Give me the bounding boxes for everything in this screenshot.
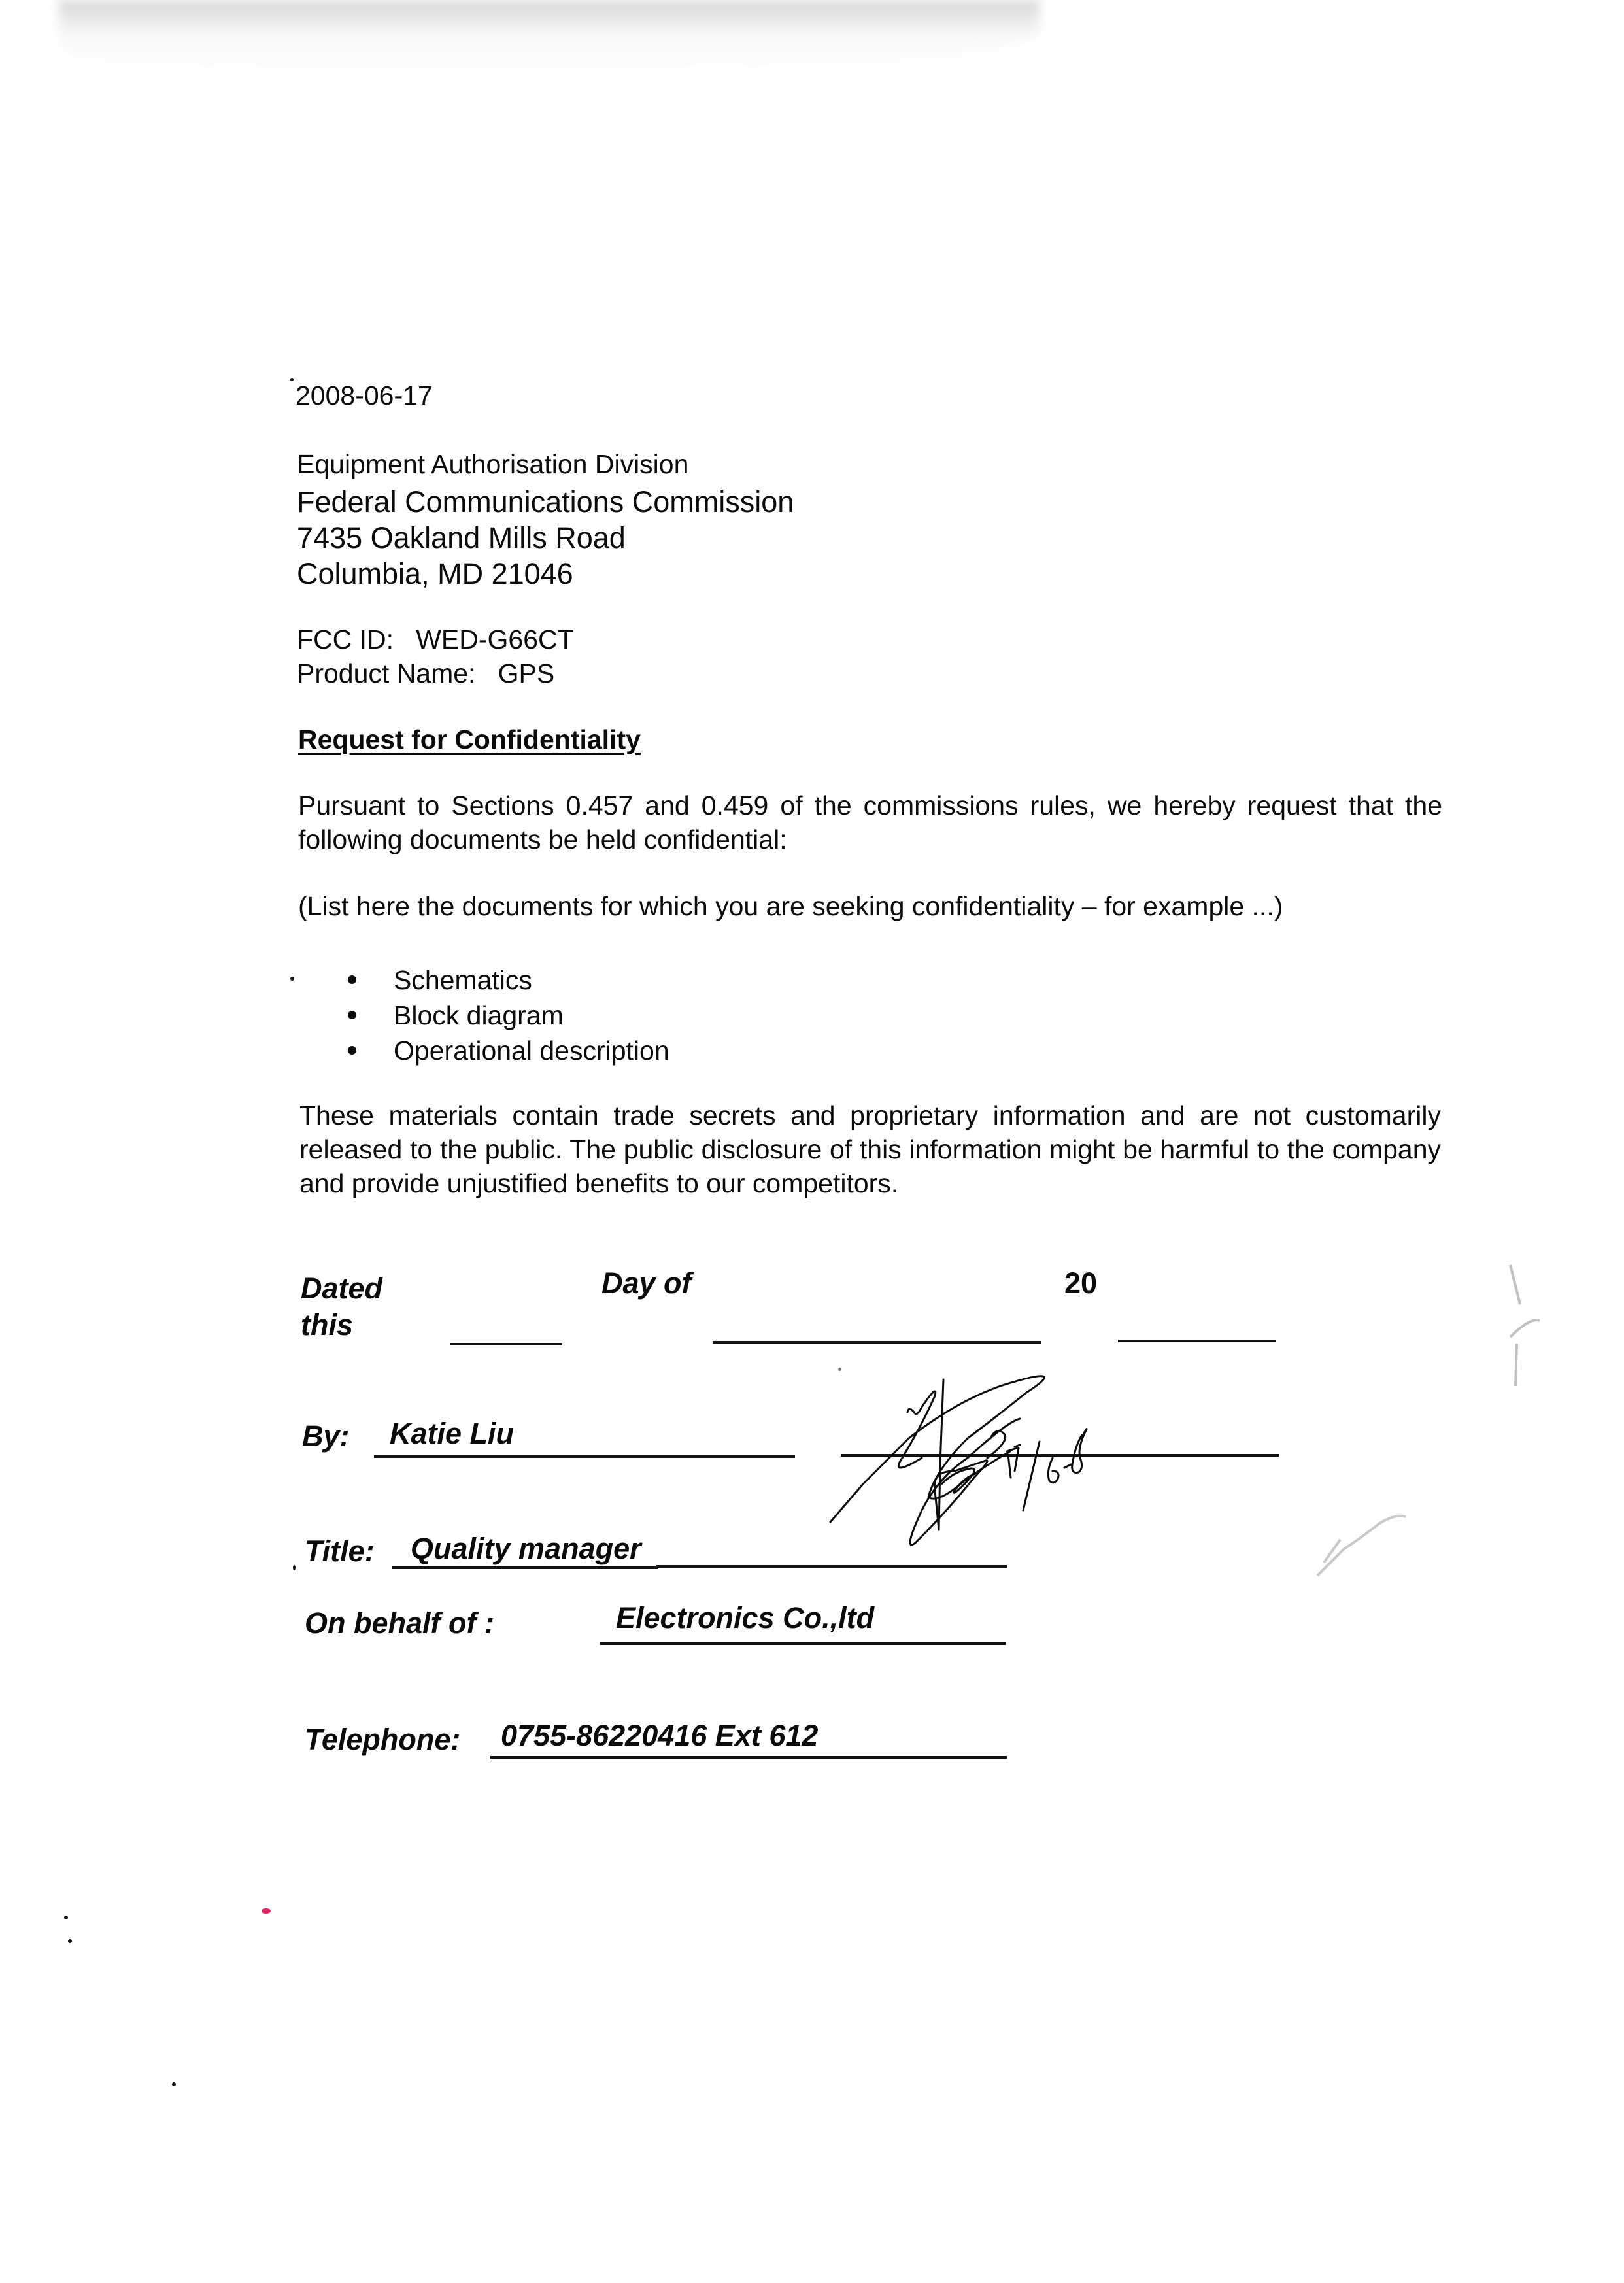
scan-smudge — [1471, 1259, 1549, 1389]
bullet-icon — [348, 1011, 356, 1019]
product-name-label: Product Name: — [297, 658, 475, 688]
by-label: By: — [302, 1421, 350, 1451]
product-name-row: Product Name: GPS — [297, 660, 554, 687]
fcc-id-value: WED-G66CT — [416, 624, 573, 654]
product-name-value: GPS — [498, 658, 555, 688]
telephone-field-line[interactable] — [490, 1756, 1007, 1759]
company-field-line[interactable] — [600, 1642, 1006, 1645]
recipient-city: Columbia, MD 21046 — [297, 557, 573, 591]
recipient-division: Equipment Authorisation Division — [297, 451, 688, 478]
scan-speck — [290, 378, 294, 381]
letter-page: 2008-06-17 Equipment Authorisation Divis… — [0, 0, 1624, 2283]
red-ink-speck — [262, 1908, 271, 1914]
recipient-street: 7435 Oakland Mills Road — [297, 521, 626, 555]
telephone-value: 0755-86220416 Ext 612 — [501, 1721, 818, 1750]
on-behalf-label: On behalf of : — [305, 1608, 494, 1638]
year-prefix: 20 — [1064, 1268, 1097, 1298]
scan-speck — [293, 1565, 296, 1570]
scan-speck — [290, 977, 294, 981]
day-field-line[interactable] — [450, 1343, 562, 1345]
title-field-line-2 — [656, 1565, 1007, 1568]
section-heading: Request for Confidentiality — [298, 724, 641, 755]
on-behalf-value: Electronics Co.,ltd — [616, 1603, 874, 1632]
by-value: Katie Liu — [390, 1419, 514, 1448]
title-field-line[interactable] — [392, 1566, 658, 1569]
title-label: Title: — [305, 1536, 375, 1566]
document-list: Schematics Block diagram Operational des… — [340, 962, 669, 1068]
handwritten-signature — [824, 1366, 1308, 1556]
scan-smudge — [1304, 1464, 1422, 1589]
year-field-line[interactable] — [1118, 1340, 1276, 1342]
dated-label: Dated — [301, 1274, 382, 1303]
fcc-id-label: FCC ID: — [297, 624, 394, 654]
this-label: this — [301, 1310, 353, 1340]
fcc-id-row: FCC ID: WED-G66CT — [297, 626, 574, 653]
materials-paragraph: These materials contain trade secrets an… — [299, 1098, 1441, 1200]
month-field-line[interactable] — [713, 1341, 1041, 1344]
scan-speck — [68, 1939, 72, 1943]
scan-speck — [838, 1368, 841, 1371]
intro-paragraph: Pursuant to Sections 0.457 and 0.459 of … — [298, 788, 1442, 856]
letter-date: 2008-06-17 — [296, 382, 433, 409]
bullet-icon — [348, 1046, 356, 1055]
scan-speck — [64, 1916, 68, 1919]
recipient-organization: Federal Communications Commission — [297, 485, 794, 519]
name-field-line[interactable] — [374, 1455, 795, 1458]
title-value: Quality manager — [411, 1534, 641, 1563]
telephone-label: Telephone: — [305, 1725, 460, 1754]
list-item: Schematics — [340, 962, 669, 998]
day-of-label: Day of — [601, 1268, 692, 1298]
list-instruction: (List here the documents for which you a… — [298, 893, 1283, 920]
list-item: Block diagram — [340, 998, 669, 1033]
list-item: Operational description — [340, 1033, 669, 1068]
bullet-icon — [348, 975, 356, 984]
scan-speck — [172, 2082, 176, 2086]
